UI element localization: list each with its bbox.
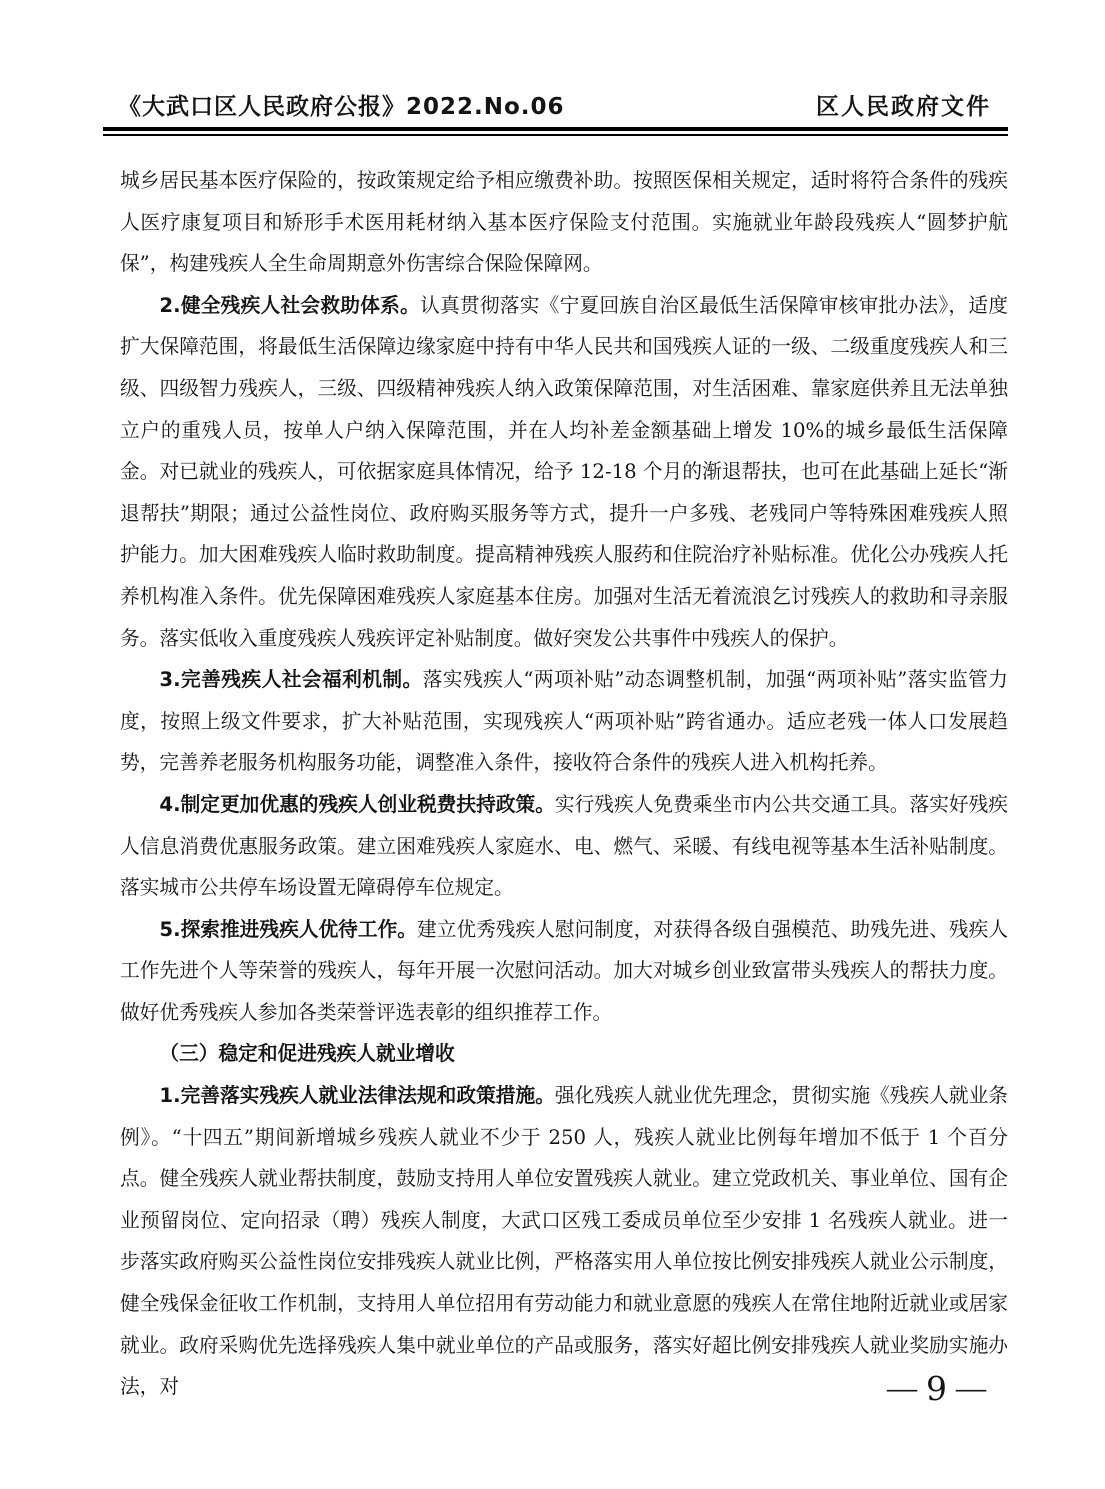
footer-dash-left: — (885, 1377, 919, 1401)
paragraph-item-2-lead: 2.健全残疾人社会救助体系。 (159, 294, 420, 317)
paragraph-item-2-text: 认真贯彻落实《宁夏回族自治区最低生活保障审核审批办法》，适度扩大保障范围，将最低… (120, 294, 1008, 650)
section-heading: （三）稳定和促进残疾人就业增收 (120, 1033, 1008, 1075)
header-divider-thin-line (103, 134, 1008, 136)
paragraph-item-1-lead: 1.完善落实残疾人就业法律法规和政策措施。 (159, 1084, 555, 1107)
document-category-label: 区人民政府文件 (816, 88, 1005, 121)
paragraph-item-4: 4.制定更加优惠的残疾人创业税费扶持政策。实行残疾人免费乘坐市内公共交通工具。落… (120, 784, 1008, 909)
footer-dash-right: — (954, 1377, 988, 1401)
paragraph-item-5: 5.探索推进残疾人优待工作。建立优秀残疾人慰问制度，对获得各级自强模范、助残先进… (120, 909, 1008, 1034)
page-header: 《大武口区人民政府公报》2022.No.06 区人民政府文件 (118, 88, 1005, 121)
paragraph-item-1-text: 强化残疾人就业优先理念，贯彻实施《残疾人就业条例》。“十四五”期间新增城乡残疾人… (120, 1084, 1008, 1398)
page-number: 9 (926, 1372, 947, 1405)
page-footer: — 9 — (890, 1372, 983, 1405)
paragraph-item-3-lead: 3.完善残疾人社会福利机制。 (159, 668, 422, 691)
paragraph-item-4-lead: 4.制定更加优惠的残疾人创业税费扶持政策。 (159, 793, 555, 816)
document-body: 城乡居民基本医疗保险的，按政策规定给予相应缴费补助。按照医保相关规定，适时将符合… (120, 160, 1008, 1408)
paragraph-item-5-lead: 5.探索推进残疾人优待工作。 (159, 918, 417, 941)
header-divider (103, 127, 1008, 136)
paragraph-item-3: 3.完善残疾人社会福利机制。落实残疾人“两项补贴”动态调整机制，加强“两项补贴”… (120, 659, 1008, 784)
header-divider-thick-line (103, 127, 1008, 131)
gazette-title: 《大武口区人民政府公报》2022.No.06 (118, 88, 565, 121)
gazette-page: 《大武口区人民政府公报》2022.No.06 区人民政府文件 城乡居民基本医疗保… (0, 0, 1105, 1489)
paragraph-continuation: 城乡居民基本医疗保险的，按政策规定给予相应缴费补助。按照医保相关规定，适时将符合… (120, 160, 1008, 285)
paragraph-item-2: 2.健全残疾人社会救助体系。认真贯彻落实《宁夏回族自治区最低生活保障审核审批办法… (120, 285, 1008, 659)
paragraph-item-1: 1.完善落实残疾人就业法律法规和政策措施。强化残疾人就业优先理念，贯彻实施《残疾… (120, 1075, 1008, 1408)
